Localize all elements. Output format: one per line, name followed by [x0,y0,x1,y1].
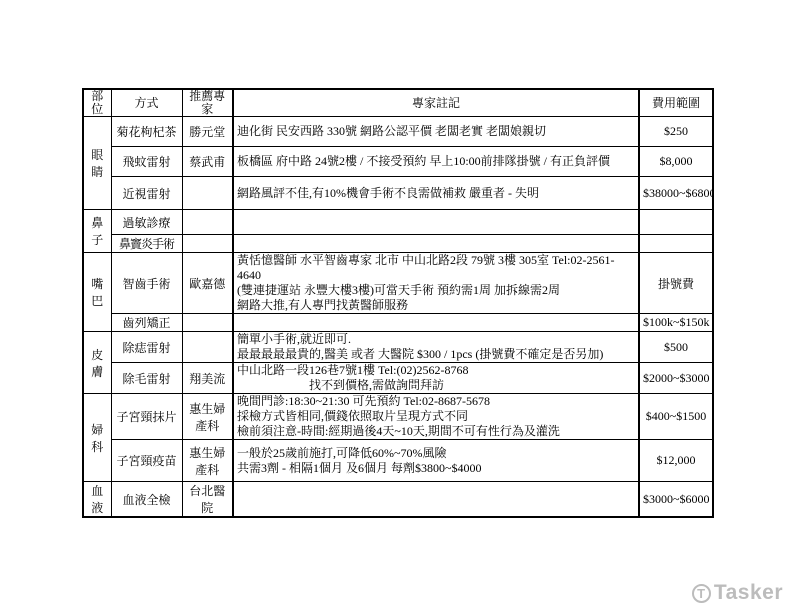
body-part-cell: 血液 [83,482,111,518]
table-row: 婦科 子宮頸抹片 惠生婦產科 晚間門診:18:30~21:30 可先預約 Tel… [83,394,713,440]
fee-cell: $2000~$3000 [639,363,713,394]
notes-cell [233,482,639,518]
table-row: 皮膚 除痣雷射 簡單小手術,就近即可. 最最最最最貴的,醫美 或者 大醫院 $3… [83,332,713,363]
fee-cell: $38000~$68000 [639,177,713,210]
fee-cell: $3000~$6000 [639,482,713,518]
table-row: 嘴巴 智齒手術 歐嘉德 黃恬憶醫師 水平智齒專家 北市 中山北路2段 79號 3… [83,253,713,314]
notes-cell: 中山北路一段126巷7號1樓 Tel:(02)2562-8768 找不到價格,需… [233,363,639,394]
fee-cell: 掛號費 [639,253,713,314]
method-cell: 血液全檢 [111,482,182,518]
expert-cell: 勝元堂 [182,117,233,147]
expert-cell [182,235,233,253]
expert-cell [182,177,233,210]
notes-cell: 晚間門診:18:30~21:30 可先預約 Tel:02-8687-5678 採… [233,394,639,440]
notes-cell [233,210,639,235]
table-row: 飛蚊雷射 蔡武甫 板橋區 府中路 24號2樓 / 不接受預約 早上10:00前排… [83,147,713,177]
header-expert: 推薦專家 [182,89,233,117]
method-cell: 子宮頸疫苗 [111,440,182,482]
notes-cell: 網路風評不佳,有10%機會手術不良需做補救 嚴重者 - 失明 [233,177,639,210]
expert-cell: 蔡武甫 [182,147,233,177]
expert-cell [182,314,233,332]
notes-cell [233,235,639,253]
fee-cell: $100k~$150k [639,314,713,332]
table-row: 眼睛 菊花枸杞茶 勝元堂 迪化街 民安西路 330號 網路公認平價 老闆老實 老… [83,117,713,147]
body-part-cell: 嘴巴 [83,253,111,332]
fee-cell: $500 [639,332,713,363]
method-cell: 菊花枸杞茶 [111,117,182,147]
expert-cell: 台北醫院 [182,482,233,518]
header-body-part: 部位 [83,89,111,117]
method-cell: 除痣雷射 [111,332,182,363]
method-cell: 智齒手術 [111,253,182,314]
table-row: 除毛雷射 翔美流 中山北路一段126巷7號1樓 Tel:(02)2562-876… [83,363,713,394]
fee-cell: $8,000 [639,147,713,177]
body-part-cell: 皮膚 [83,332,111,394]
notes-cell: 迪化街 民安西路 330號 網路公認平價 老闆老實 老闆娘親切 [233,117,639,147]
expert-cell [182,332,233,363]
table-row: 齒列矯正 $100k~$150k [83,314,713,332]
fee-cell: $400~$1500 [639,394,713,440]
method-cell: 齒列矯正 [111,314,182,332]
tasker-watermark: T Tasker [692,581,783,605]
body-part-cell: 婦科 [83,394,111,482]
expert-cell: 惠生婦產科 [182,394,233,440]
method-cell: 子宮頸抹片 [111,394,182,440]
header-fee: 費用範圍 [639,89,713,117]
watermark-text: Tasker [714,581,783,605]
fee-cell [639,235,713,253]
fee-cell: $12,000 [639,440,713,482]
medical-fee-table: 部位 方式 推薦專家 專家註記 費用範圍 眼睛 菊花枸杞茶 勝元堂 迪化街 民安… [82,88,714,518]
notes-cell: 一般於25歲前施打,可降低60%~70%風險 共需3劑 - 相隔1個月 及6個月… [233,440,639,482]
body-part-cell: 鼻子 [83,210,111,253]
expert-cell: 惠生婦產科 [182,440,233,482]
notes-cell: 黃恬憶醫師 水平智齒專家 北市 中山北路2段 79號 3樓 305室 Tel:0… [233,253,639,314]
table-row: 子宮頸疫苗 惠生婦產科 一般於25歲前施打,可降低60%~70%風險 共需3劑 … [83,440,713,482]
document-page: 部位 方式 推薦專家 專家註記 費用範圍 眼睛 菊花枸杞茶 勝元堂 迪化街 民安… [0,0,797,614]
expert-cell [182,210,233,235]
header-row: 部位 方式 推薦專家 專家註記 費用範圍 [83,89,713,117]
table-row: 鼻子 過敏診療 [83,210,713,235]
notes-cell: 簡單小手術,就近即可. 最最最最最貴的,醫美 或者 大醫院 $300 / 1pc… [233,332,639,363]
header-method: 方式 [111,89,182,117]
method-cell: 近視雷射 [111,177,182,210]
body-part-cell: 眼睛 [83,117,111,210]
fee-cell [639,210,713,235]
expert-cell: 歐嘉德 [182,253,233,314]
method-cell: 過敏診療 [111,210,182,235]
notes-cell: 板橋區 府中路 24號2樓 / 不接受預約 早上10:00前排隊掛號 / 有正負… [233,147,639,177]
header-notes: 專家註記 [233,89,639,117]
table-row: 近視雷射 網路風評不佳,有10%機會手術不良需做補救 嚴重者 - 失明 $380… [83,177,713,210]
method-cell: 鼻竇炎手術 [111,235,182,253]
notes-cell [233,314,639,332]
table-row: 血液 血液全檢 台北醫院 $3000~$6000 [83,482,713,518]
fee-cell: $250 [639,117,713,147]
method-cell: 除毛雷射 [111,363,182,394]
method-cell: 飛蚊雷射 [111,147,182,177]
tasker-logo-icon: T [692,584,711,603]
table-row: 鼻竇炎手術 [83,235,713,253]
expert-cell: 翔美流 [182,363,233,394]
